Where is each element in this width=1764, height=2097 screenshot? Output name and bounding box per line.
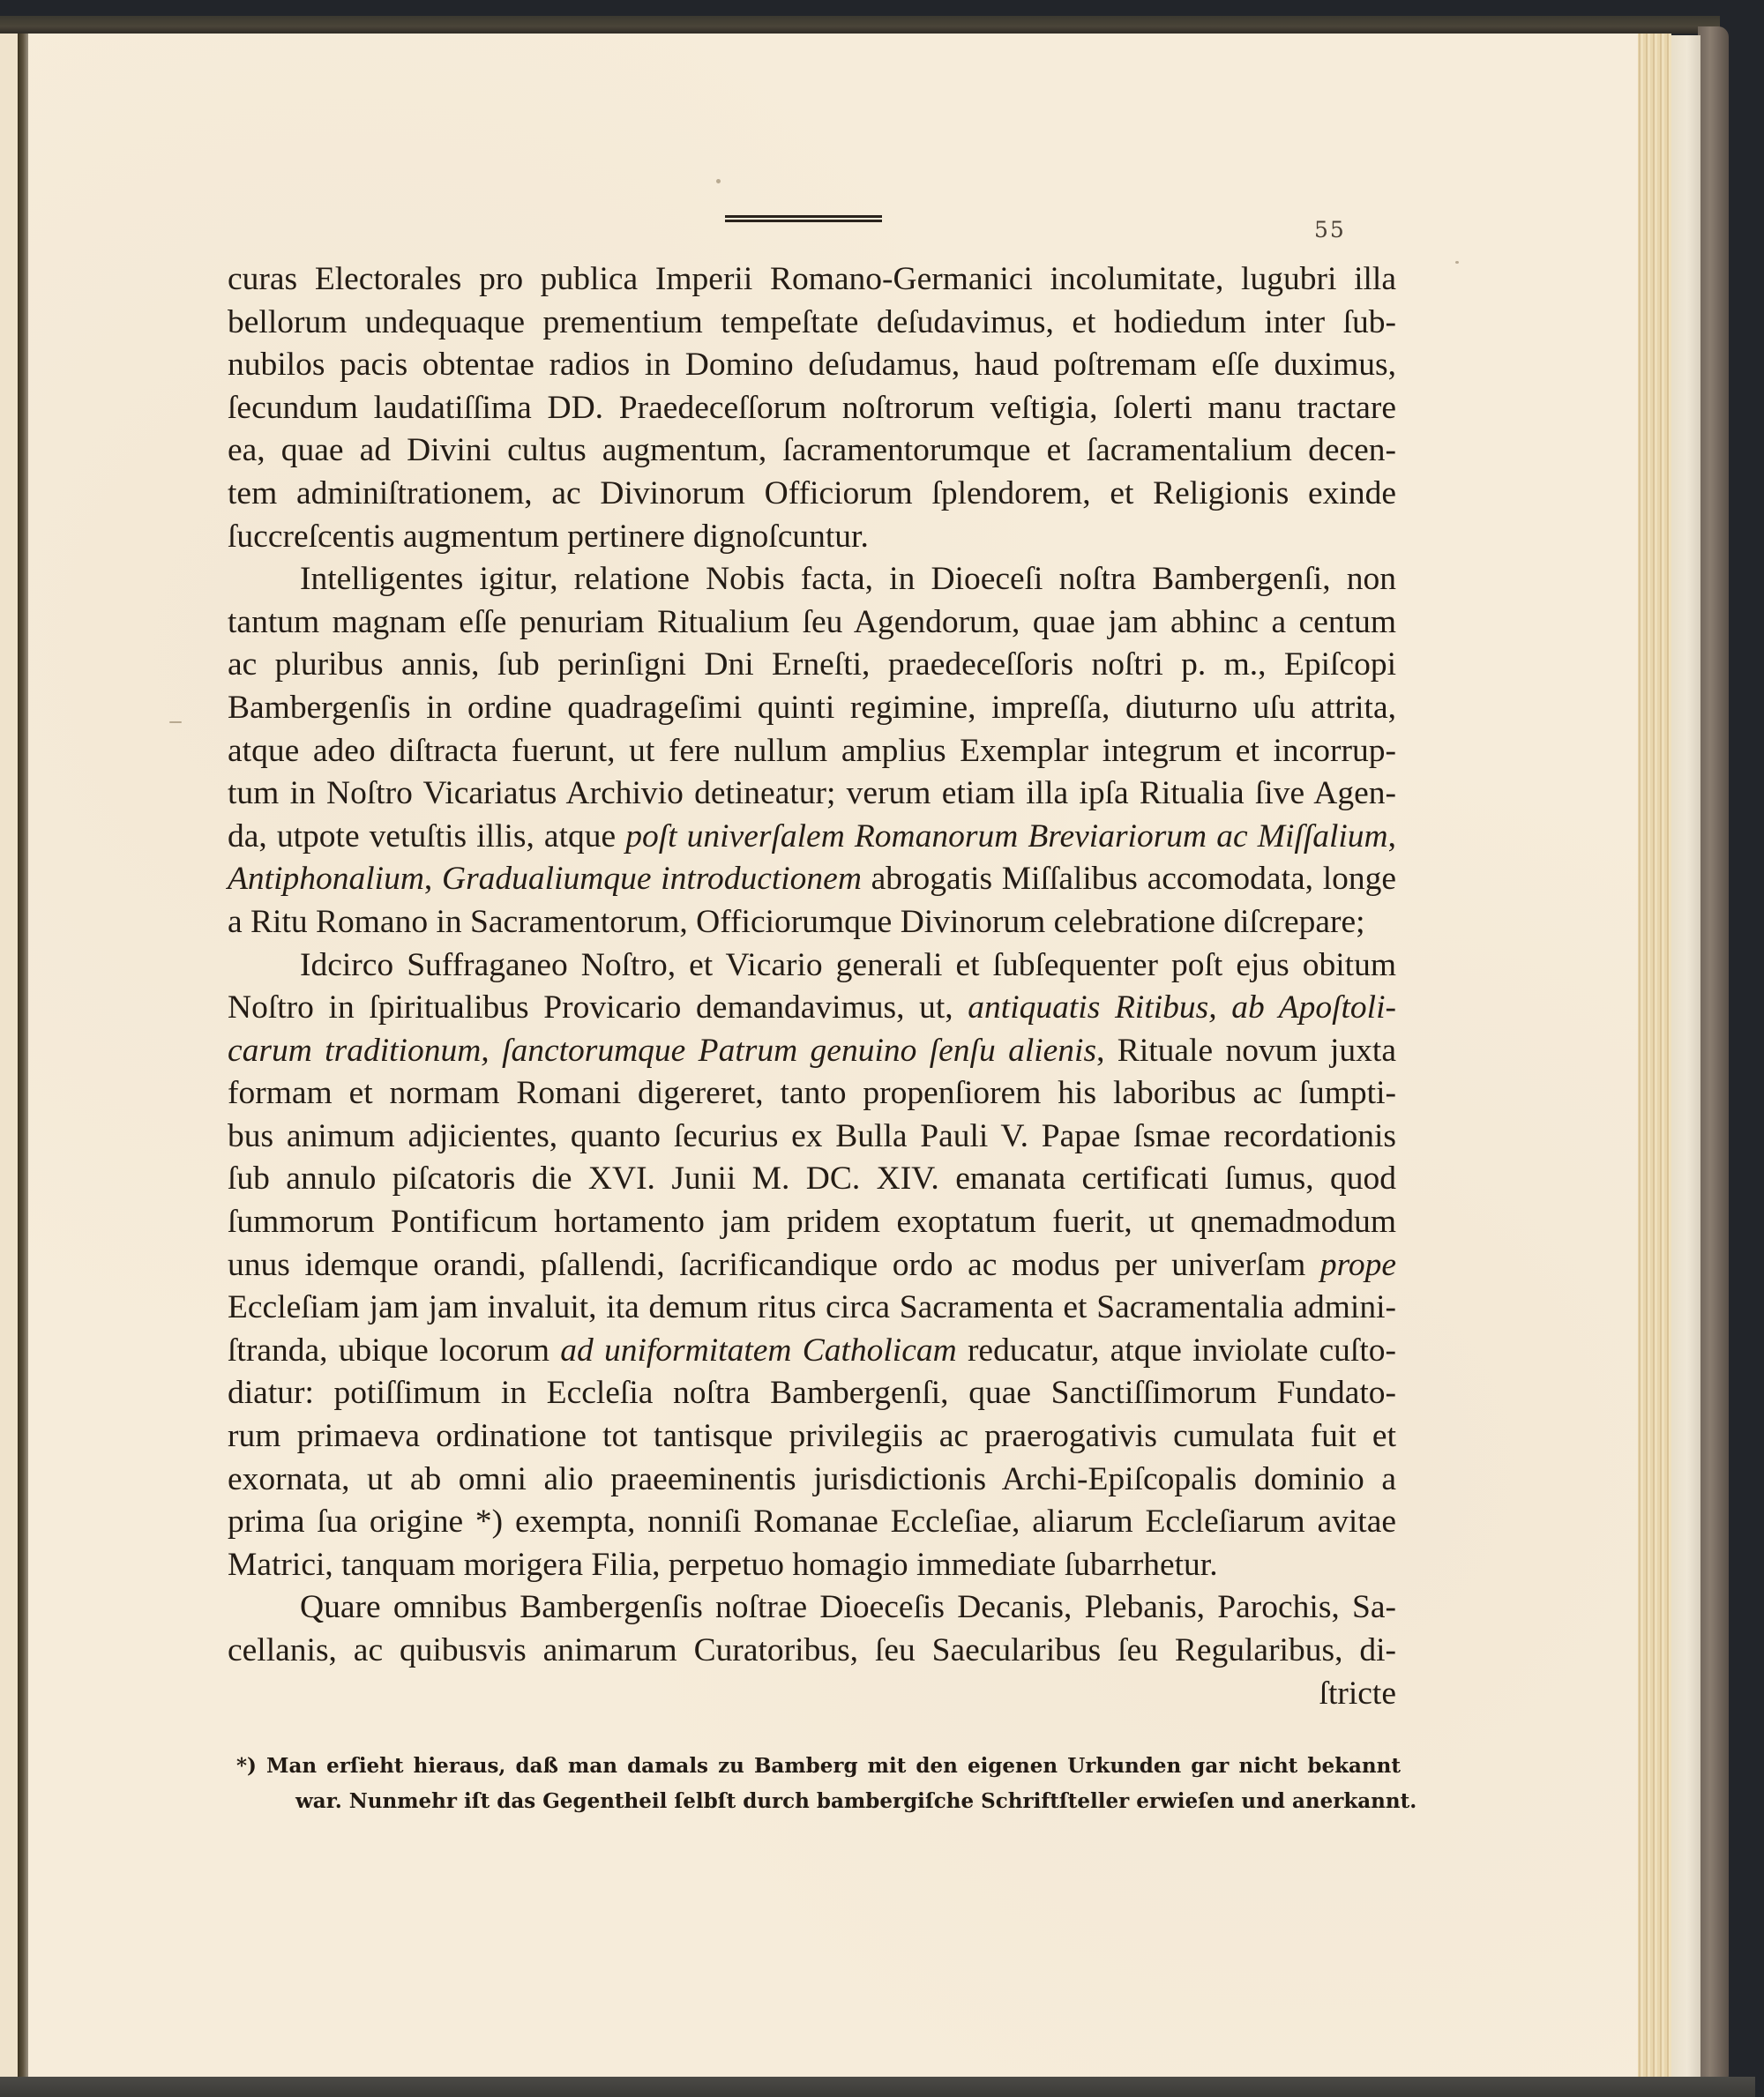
text-line: exornata, ut ab omni alio praeeminentis … bbox=[228, 1459, 1396, 1502]
footnote: *) Man erſieht hieraus, daß man damals z… bbox=[236, 1749, 1401, 1819]
footnote-line-2: war. Nunmehr iſt das Gegentheil ſelbſt d… bbox=[236, 1784, 1401, 1819]
text-line: prima ſua origine *) exempta, nonniſi Ro… bbox=[228, 1501, 1396, 1544]
text-line: da, utpote vetuſtis illis, atque poſt un… bbox=[228, 816, 1396, 859]
book-scan: 55 curas Electorales pro publica Imperii… bbox=[0, 0, 1764, 2097]
text-line: ſummorum Pontificum hortamento jam pride… bbox=[228, 1201, 1396, 1244]
page-block-edge bbox=[1667, 35, 1700, 2077]
text-line: unus idemque orandi, pſallendi, ſacrific… bbox=[228, 1244, 1396, 1287]
text-line: Intelligentes igitur, relatione Nobis fa… bbox=[228, 558, 1396, 601]
catchword: ſtricte bbox=[228, 1673, 1396, 1716]
text-line: Bambergenſis in ordine quadrageſimi quin… bbox=[228, 687, 1396, 730]
text-line: bus animum adjicientes, quanto ſecurius … bbox=[228, 1116, 1396, 1159]
text-line: ac pluribus annis, ſub perinſigni Dni Er… bbox=[228, 644, 1396, 687]
text-line: cellanis, ac quibusvis animarum Curatori… bbox=[228, 1630, 1396, 1673]
text-line: atque adeo diſtracta fuerunt, ut fere nu… bbox=[228, 730, 1396, 773]
text-line: ſub annulo piſcatoris die XVI. Junii M. … bbox=[228, 1158, 1396, 1201]
fore-edge bbox=[1636, 34, 1671, 2079]
text-line: carum traditionum, ſanctorumque Patrum g… bbox=[228, 1030, 1396, 1073]
text-line: tem adminiſtrationem, ac Divinorum Offic… bbox=[228, 473, 1396, 516]
text-line: rum primaeva ordinatione tot tantisque p… bbox=[228, 1415, 1396, 1459]
text-line: Noſtro in ſpiritualibus Provicario deman… bbox=[228, 987, 1396, 1030]
text-line: Idcirco Suffraganeo Noſtro, et Vicario g… bbox=[228, 944, 1396, 988]
text-line: a Ritu Romano in Sacramentorum, Officior… bbox=[228, 901, 1396, 944]
binding-bottom-edge bbox=[0, 2077, 1755, 2097]
text-line: formam et normam Romani digereret, tanto… bbox=[228, 1072, 1396, 1116]
text-line: Eccleſiam jam jam invaluit, ita demum ri… bbox=[228, 1287, 1396, 1330]
text-line: ea, quae ad Divini cultus augmentum, ſac… bbox=[228, 429, 1396, 473]
text-line: diatur: potiſſimum in Eccleſia noſtra Ba… bbox=[228, 1372, 1396, 1415]
text-line: tantum magnam eſſe penuriam Ritualium ſe… bbox=[228, 601, 1396, 645]
text-line: ſtranda, ubique locorum ad uniformitatem… bbox=[228, 1330, 1396, 1373]
text-line: Antiphonalium, Gradualiumque introductio… bbox=[228, 858, 1396, 901]
header-double-rule bbox=[725, 215, 882, 218]
text-line: Matrici, tanquam morigera Filia, perpetu… bbox=[228, 1544, 1396, 1587]
body-text: curas Electorales pro publica Imperii Ro… bbox=[228, 258, 1396, 1715]
text-line: Quare omnibus Bambergenſis noſtrae Dioec… bbox=[228, 1586, 1396, 1630]
footnote-line-1: *) Man erſieht hieraus, daß man damals z… bbox=[236, 1749, 1401, 1784]
facing-page-edge bbox=[0, 34, 18, 2079]
page-number: 55 bbox=[1314, 217, 1346, 243]
text-line: ſuccreſcentis augmentum pertinere dignoſ… bbox=[228, 516, 1396, 559]
text-line: ſecundum laudatiſſima DD. Praedeceſſorum… bbox=[228, 387, 1396, 430]
binding-top-edge bbox=[0, 16, 1720, 34]
text-line: curas Electorales pro publica Imperii Ro… bbox=[228, 258, 1396, 302]
text-line: bellorum undequaque prementium tempeſtat… bbox=[228, 302, 1396, 345]
text-line: nubilos pacis obtentae radios in Domino … bbox=[228, 344, 1396, 387]
text-line: tum in Noſtro Vicariatus Archivio detine… bbox=[228, 772, 1396, 816]
gutter bbox=[18, 34, 28, 2079]
binding-cover-edge bbox=[1698, 26, 1729, 2086]
